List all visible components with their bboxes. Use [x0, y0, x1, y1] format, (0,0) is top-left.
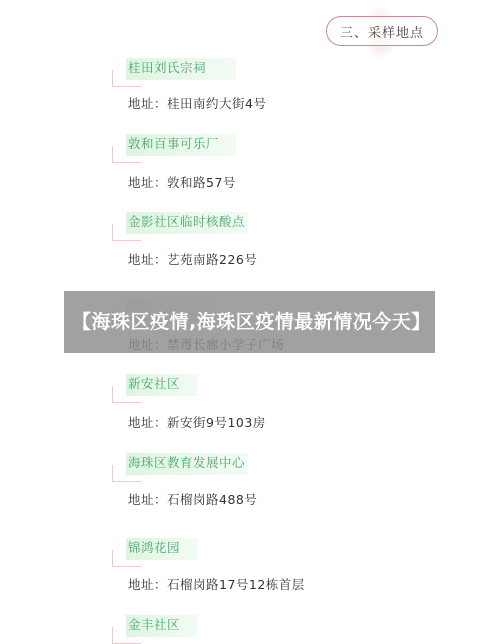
section-pill: 三、采样地点 — [326, 16, 438, 46]
location-name: 敦和百事可乐厂 — [128, 134, 219, 154]
location-address: 地址：敦和路57号 — [128, 174, 236, 192]
location-name: 桂田刘氏宗祠 — [128, 58, 206, 78]
location-name: 金丰社区 — [128, 615, 180, 635]
location-address: 地址：石榴岗路488号 — [128, 491, 257, 509]
location-address: 地址：石榴岗路17号12栋首层 — [128, 576, 305, 594]
location-name: 金影社区临时核酸点 — [128, 212, 245, 232]
location-name: 海珠区教育发展中心 — [128, 453, 245, 473]
location-name: 新安社区 — [128, 374, 180, 394]
title-overlay-banner: 【海珠区疫情,海珠区疫情最新情况今天】 — [64, 291, 435, 353]
location-address: 地址：桂田南约大街4号 — [128, 95, 266, 113]
article-page: 三、采样地点 桂田刘氏宗祠 地址：桂田南约大街4号 敦和百事可乐厂 地址：敦和路… — [0, 0, 500, 644]
location-name: 锦鸿花园 — [128, 538, 180, 558]
location-address: 地址：艺苑南路226号 — [128, 251, 257, 269]
article-title: 【海珠区疫情,海珠区疫情最新情况今天】 — [64, 310, 435, 335]
location-address: 地址：新安街9号103房 — [128, 414, 266, 432]
section-header: 三、采样地点 — [326, 16, 438, 46]
